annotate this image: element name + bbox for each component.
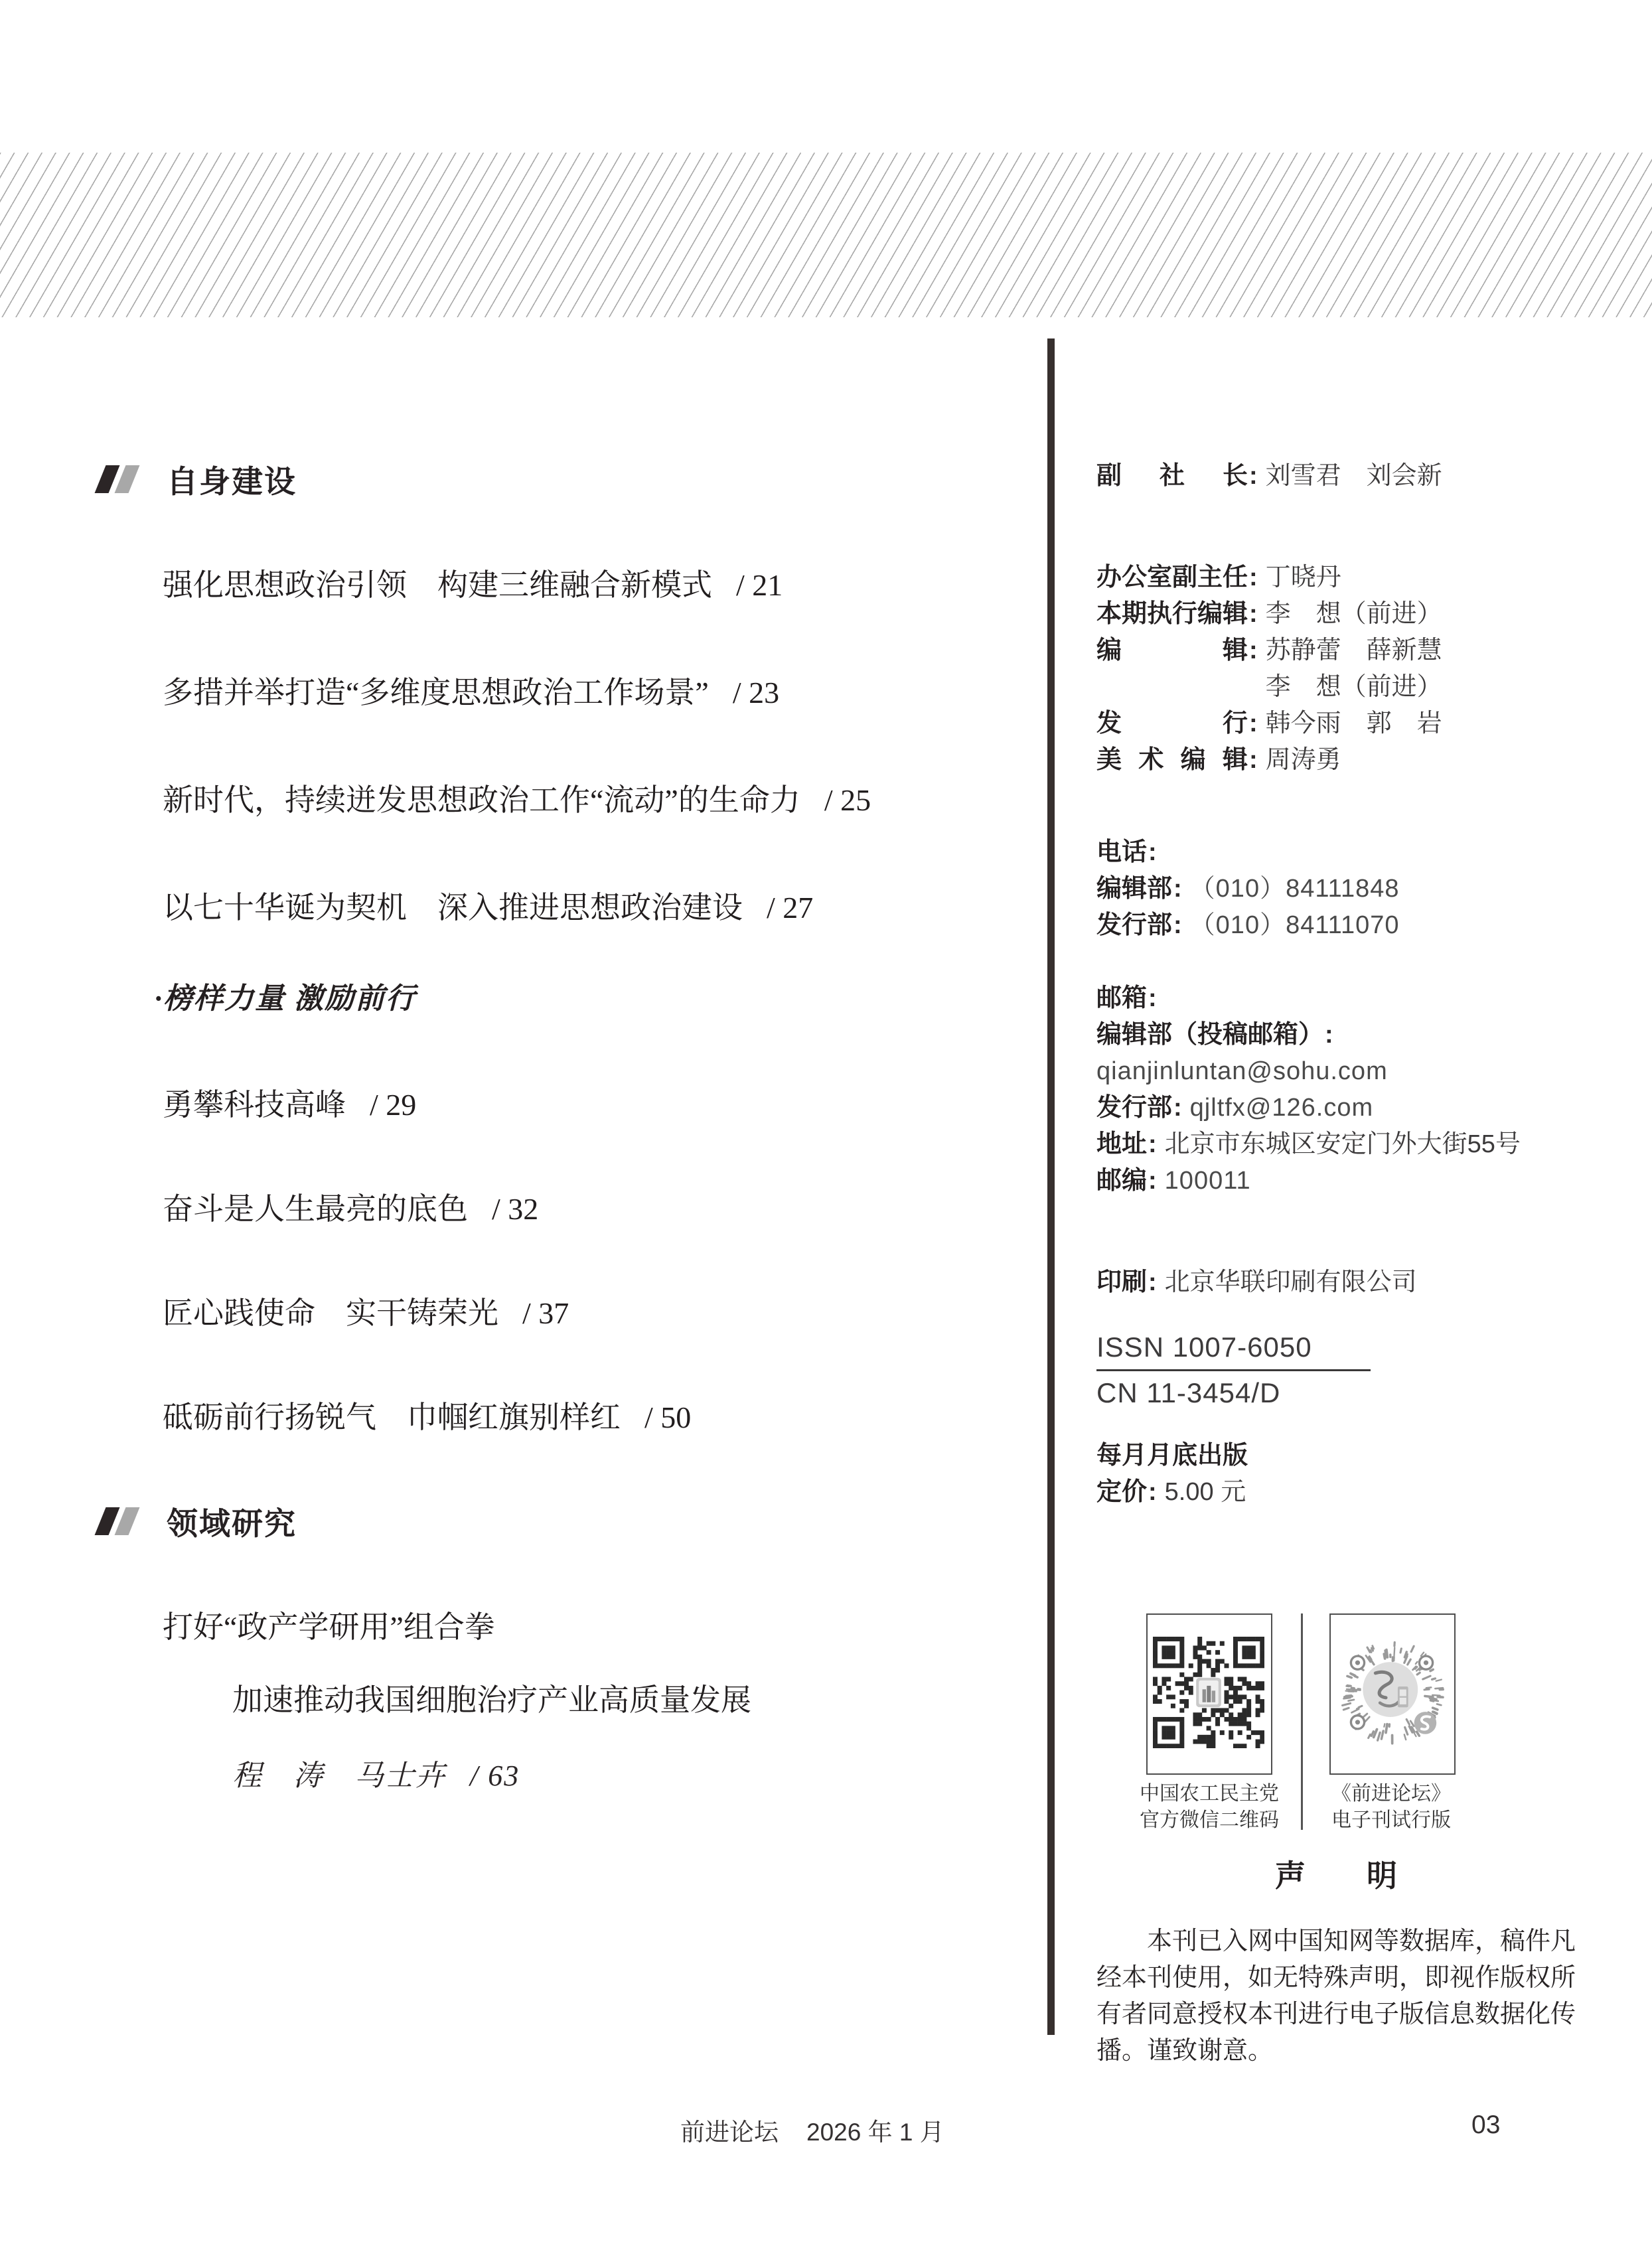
phone-heading: 电话: [1096, 834, 1589, 871]
article-title: 勇攀科技高峰 [163, 1088, 346, 1122]
toc-column: 自身建设 强化思想政治引领 构建三维融合新模式/ 21 多措并举打造“多维度思想… [96, 458, 1025, 1794]
wechat-qr-code-icon [1153, 1637, 1264, 1748]
staff-value: 刘雪君 刘会新 [1266, 462, 1442, 490]
page-number: / 50 [644, 1400, 691, 1434]
page-number: / 27 [767, 891, 813, 925]
zipcode-value: 100011 [1165, 1167, 1251, 1195]
staff-value: 丁晓丹 [1266, 563, 1341, 591]
footer-issue-date: 2026 年 1 月 [806, 2119, 944, 2146]
page-number: / 21 [736, 568, 783, 602]
staff-label: 发行 [1096, 706, 1248, 742]
mail-subheading: 编辑部（投稿邮箱）: [1096, 1017, 1589, 1053]
distribution-email-row: 发行部:qjltfx@126.com [1096, 1090, 1589, 1126]
footer-journal-name: 前进论坛 [680, 2119, 779, 2146]
double-slash-icon [96, 465, 137, 493]
phone-row-editorial: 编辑部:（010）84111848 [1096, 871, 1589, 907]
article-title: 以七十华诞为契机 深入推进思想政治建设 [163, 891, 743, 925]
price-row: 定价:5.00 元 [1096, 1474, 1589, 1511]
printer-value: 北京华联印刷有限公司 [1165, 1268, 1417, 1296]
statement-block: 声 明 本刊已入网中国知网等数据库，稿件凡经本刊使用，如无特殊声明，即视作版权所… [1096, 1852, 1576, 2069]
wechat-qr-caption: 中国农工民主党 官方微信二维码 [1113, 1781, 1306, 1834]
magazine-toc-page: 自身建设 强化思想政治引领 构建三维融合新模式/ 21 多措并举打造“多维度思想… [0, 0, 1652, 2242]
qr-section: 中国农工民主党 官方微信二维码 《前进论坛》 电子刊试行版 [1095, 1613, 1590, 1839]
price-value: 5.00 元 [1165, 1478, 1246, 1506]
toc-article: 新时代，持续迸发思想政治工作“流动”的生命力/ 25 [96, 783, 1025, 818]
staff-row: 美术编辑:周涛勇 [1096, 742, 1589, 779]
staff-label: 本期执行编辑 [1096, 596, 1248, 633]
page-number: / 25 [824, 783, 871, 817]
staff-row: 副社长:刘雪君 刘会新 [1096, 458, 1589, 494]
article-authors: 程 涛 马士卉/ 63 [96, 1758, 1025, 1794]
ejournal-code-caption: 《前进论坛》 电子刊试行版 [1295, 1781, 1487, 1834]
mail-heading: 邮箱: [1096, 980, 1589, 1017]
footer-journal-date: 前进论坛2026 年 1 月 [680, 2112, 944, 2148]
address-value: 北京市东城区安定门外大街55号 [1165, 1130, 1521, 1158]
toc-article: 勇攀科技高峰/ 29 [96, 1087, 1025, 1123]
staff-value: 苏静蕾 薛新慧 [1266, 636, 1442, 664]
ejournal-minicode-icon [1336, 1637, 1448, 1748]
staff-row: 办公室副主任:丁晓丹 [1096, 560, 1589, 596]
toc-article: 匠心践使命 实干铸荣光/ 37 [96, 1296, 1025, 1331]
page-number: / 63 [470, 1759, 520, 1792]
phone-row-distribution: 发行部:（010）84111070 [1096, 907, 1589, 944]
issn-number: ISSN 1007-6050 [1096, 1332, 1371, 1371]
article-title: 匠心践使命 实干铸荣光 [163, 1296, 498, 1330]
staff-label: 美术编辑 [1096, 742, 1248, 779]
staff-label: 编辑 [1096, 633, 1248, 669]
phone-number: （010）84111070 [1190, 911, 1400, 939]
staff-row: 编辑:苏静蕾 薛新慧 [1096, 633, 1589, 669]
page-number: / 37 [522, 1296, 569, 1330]
staff-value: 李 想（前进） [1266, 600, 1442, 628]
article-title: 强化思想政治引领 构建三维融合新模式 [163, 568, 712, 602]
printer-row: 印刷:北京华联印刷有限公司 [1096, 1264, 1589, 1301]
staff-row: 本期执行编辑:李 想（前进） [1096, 596, 1589, 633]
staff-value: 周涛勇 [1266, 746, 1341, 774]
toc-article: 奋斗是人生最亮的底色/ 32 [96, 1191, 1025, 1227]
footer-page-number: 03 [1471, 2111, 1500, 2140]
staff-value: 李 想（前进） [1266, 673, 1442, 701]
article-title: 新时代，持续迸发思想政治工作“流动”的生命力 [163, 783, 800, 817]
toc-article-line1: 打好“政产学研用”组合拳 [96, 1609, 1025, 1645]
double-slash-icon [96, 1507, 137, 1535]
toc-subsection-title: ·榜样力量 激励前行 [96, 982, 1025, 1015]
section-header-field-research: 领域研究 [96, 1505, 1025, 1538]
toc-article-line2: 加速推动我国细胞治疗产业高质量发展 [96, 1682, 1025, 1718]
address-row: 地址:北京市东城区安定门外大街55号 [1096, 1126, 1589, 1163]
section-title: 自身建设 [167, 457, 297, 502]
masthead-column: 副社长:刘雪君 刘会新 办公室副主任:丁晓丹 本期执行编辑:李 想（前进） 编辑… [1096, 458, 1589, 1511]
wechat-qr-box [1146, 1613, 1272, 1775]
diagonal-hatch-band [0, 153, 1652, 317]
page-number: / 29 [370, 1088, 416, 1122]
ejournal-code-box [1329, 1613, 1456, 1775]
column-divider-line [1047, 338, 1055, 2035]
statement-title: 声 明 [1096, 1852, 1576, 1896]
staff-value: 韩今雨 郭 岩 [1266, 710, 1442, 737]
section-title: 领域研究 [167, 1499, 297, 1544]
article-title: 奋斗是人生最亮的底色 [163, 1192, 468, 1226]
staff-row-continuation: :李 想（前进） [1096, 669, 1589, 706]
toc-article: 砥砺前行扬锐气 巾帼红旗别样红/ 50 [96, 1400, 1025, 1436]
distribution-email: qjltfx@126.com [1190, 1094, 1373, 1122]
article-title: 砥砺前行扬锐气 巾帼红旗别样红 [163, 1400, 621, 1434]
article-title: 多措并举打造“多维度思想政治工作场景” [163, 676, 709, 710]
editorial-email: qianjinluntan@sohu.com [1096, 1053, 1589, 1090]
staff-row: 发行:韩今雨 郭 岩 [1096, 706, 1589, 742]
page-number: / 32 [492, 1192, 538, 1226]
toc-article: 多措并举打造“多维度思想政治工作场景”/ 23 [96, 675, 1025, 711]
page-number: / 23 [733, 676, 779, 710]
toc-article: 强化思想政治引领 构建三维融合新模式/ 21 [96, 567, 1025, 603]
publish-schedule: 每月月底出版 [1096, 1438, 1589, 1474]
zipcode-row: 邮编:100011 [1096, 1163, 1589, 1199]
toc-article: 以七十华诞为契机 深入推进思想政治建设/ 27 [96, 890, 1025, 926]
section-header-self-building: 自身建设 [96, 463, 1025, 496]
staff-label: 办公室副主任 [1096, 560, 1248, 596]
cn-number: CN 11-3454/D [1096, 1378, 1589, 1408]
phone-number: （010）84111848 [1190, 875, 1400, 903]
statement-body: 本刊已入网中国知网等数据库，稿件凡经本刊使用，如无特殊声明，即视作版权所有者同意… [1096, 1923, 1576, 2069]
staff-label: 副社长 [1096, 458, 1248, 494]
